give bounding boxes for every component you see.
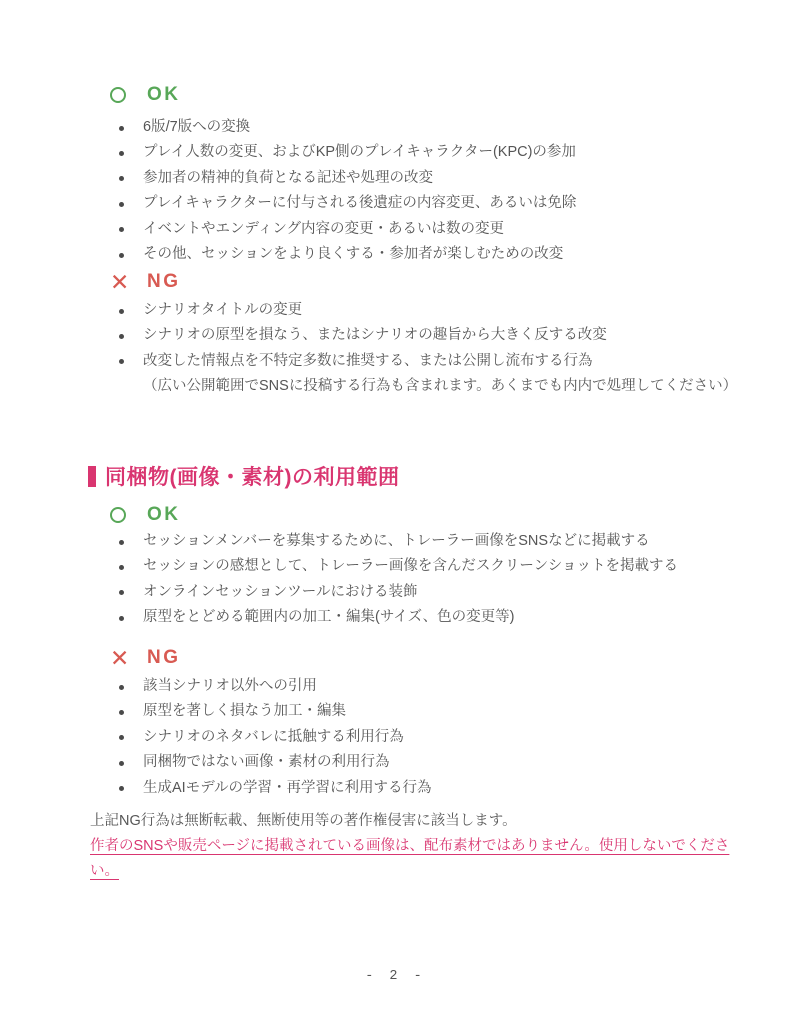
list-item-text: 該当シナリオ以外への引用: [143, 674, 317, 699]
list-item: シナリオのネタバレに抵触する利用行為: [118, 725, 738, 750]
ok-heading-materials: OK: [110, 503, 181, 527]
ok-label: OK: [147, 84, 181, 106]
bullet-icon: [119, 735, 124, 740]
scenario-ok-list: 6版/7版への変換 プレイ人数の変更、およびKP側のプレイキャラクター(KPC)…: [118, 115, 718, 267]
list-item: 原型をとどめる範囲内の加工・編集(サイズ、色の変更等): [118, 605, 738, 630]
section-title-text: 同梱物(画像・素材)の利用範囲: [105, 461, 400, 491]
list-item: イベントやエンディング内容の変更・あるいは数の変更: [118, 217, 718, 242]
section-bar-icon: [88, 466, 96, 487]
bullet-icon: [119, 590, 124, 595]
list-item-text: 原型をとどめる範囲内の加工・編集(サイズ、色の変更等): [143, 605, 514, 630]
bullet-icon: [119, 334, 124, 339]
bullet-icon: [119, 685, 124, 690]
list-item-text: シナリオタイトルの変更: [143, 298, 302, 323]
list-item-text: 参加者の精神的負荷となる記述や処理の改変: [143, 166, 433, 191]
bullet-icon: [119, 761, 124, 766]
list-item: 生成AIモデルの学習・再学習に利用する行為: [118, 776, 738, 801]
list-item-text: イベントやエンディング内容の変更・あるいは数の変更: [143, 217, 504, 242]
bullet-icon: [119, 359, 124, 364]
list-item-text: 原型を著しく損なう加工・編集: [143, 699, 346, 724]
list-item-text: 同梱物ではない画像・素材の利用行為: [143, 750, 390, 775]
ok-heading-scenario: OK: [110, 83, 181, 107]
bullet-icon: [119, 202, 124, 207]
ng-label: NG: [147, 271, 181, 293]
ng-heading-scenario: ✕ NG: [110, 270, 181, 294]
list-item: 該当シナリオ以外への引用: [118, 674, 738, 699]
ok-circle-icon: [110, 87, 126, 103]
list-item: 原型を著しく損なう加工・編集: [118, 699, 738, 724]
list-item: プレイキャラクターに付与される後遺症の内容変更、あるいは免除: [118, 191, 718, 216]
list-item: シナリオの原型を損なう、またはシナリオの趣旨から大きく反する改変: [118, 323, 738, 348]
bullet-icon: [119, 540, 124, 545]
copyright-note: 上記NG行為は無断転載、無断使用等の著作権侵害に該当します。: [90, 809, 750, 834]
usage-warning: 作者のSNSや販売ページに掲載されている画像は、配布素材ではありません。使用しな…: [90, 834, 750, 884]
cross-icon: ✕: [110, 647, 129, 670]
ok-circle-icon: [110, 507, 126, 523]
list-item-text: 生成AIモデルの学習・再学習に利用する行為: [143, 776, 431, 801]
bullet-icon: [119, 227, 124, 232]
list-item-text: プレイキャラクターに付与される後遺症の内容変更、あるいは免除: [143, 191, 576, 216]
bullet-icon: [119, 565, 124, 570]
list-item-text: 6版/7版への変換: [143, 115, 250, 140]
cross-icon: ✕: [110, 271, 129, 294]
list-item: その他、セッションをより良くする・参加者が楽しむための改変: [118, 242, 718, 267]
bullet-icon: [119, 710, 124, 715]
bullet-icon: [119, 786, 124, 791]
list-item-text: 改変した情報点を不特定多数に推奨する、または公開し流布する行為: [143, 349, 593, 374]
document-page: OK 6版/7版への変換 プレイ人数の変更、およびKP側のプレイキャラクター(K…: [0, 0, 791, 1024]
bullet-icon: [119, 176, 124, 181]
scenario-ng-list: シナリオタイトルの変更 シナリオの原型を損なう、またはシナリオの趣旨から大きく反…: [118, 298, 738, 400]
ng-heading-materials: ✕ NG: [110, 646, 181, 670]
list-item-text: セッションの感想として、トレーラー画像を含んだスクリーンショットを掲載する: [143, 554, 678, 579]
list-item-text: セッションメンバーを募集するために、トレーラー画像をSNSなどに掲載する: [143, 529, 650, 554]
page-number: - 2 -: [0, 969, 791, 984]
materials-ng-list: 該当シナリオ以外への引用 原型を著しく損なう加工・編集 シナリオのネタバレに抵触…: [118, 674, 738, 801]
list-item: 6版/7版への変換: [118, 115, 718, 140]
section-title-bundled-materials: 同梱物(画像・素材)の利用範囲: [88, 461, 400, 491]
materials-ok-list: セッションメンバーを募集するために、トレーラー画像をSNSなどに掲載する セッシ…: [118, 529, 738, 631]
bullet-icon: [119, 309, 124, 314]
list-item-text: その他、セッションをより良くする・参加者が楽しむための改変: [143, 242, 563, 267]
list-item: セッションの感想として、トレーラー画像を含んだスクリーンショットを掲載する: [118, 554, 738, 579]
list-item: オンラインセッションツールにおける装飾: [118, 580, 738, 605]
list-item: 改変した情報点を不特定多数に推奨する、または公開し流布する行為: [118, 349, 738, 374]
bullet-icon: [119, 151, 124, 156]
ng-label: NG: [147, 647, 181, 669]
list-item: 参加者の精神的負荷となる記述や処理の改変: [118, 166, 718, 191]
ok-label: OK: [147, 504, 181, 526]
list-item: 同梱物ではない画像・素材の利用行為: [118, 750, 738, 775]
list-item-text: プレイ人数の変更、およびKP側のプレイキャラクター(KPC)の参加: [143, 140, 576, 165]
list-item: シナリオタイトルの変更: [118, 298, 738, 323]
list-item-text: オンラインセッションツールにおける装飾: [143, 580, 417, 605]
list-item: セッションメンバーを募集するために、トレーラー画像をSNSなどに掲載する: [118, 529, 738, 554]
list-item-text: シナリオのネタバレに抵触する利用行為: [143, 725, 404, 750]
bullet-icon: [119, 126, 124, 131]
list-item-note: （広い公開範囲でSNSに投稿する行為も含まれます。あくまでも内内で処理してくださ…: [118, 374, 738, 399]
bullet-icon: [119, 616, 124, 621]
list-item: プレイ人数の変更、およびKP側のプレイキャラクター(KPC)の参加: [118, 140, 718, 165]
bullet-icon: [119, 253, 124, 258]
list-item-text: シナリオの原型を損なう、またはシナリオの趣旨から大きく反する改変: [143, 323, 607, 348]
